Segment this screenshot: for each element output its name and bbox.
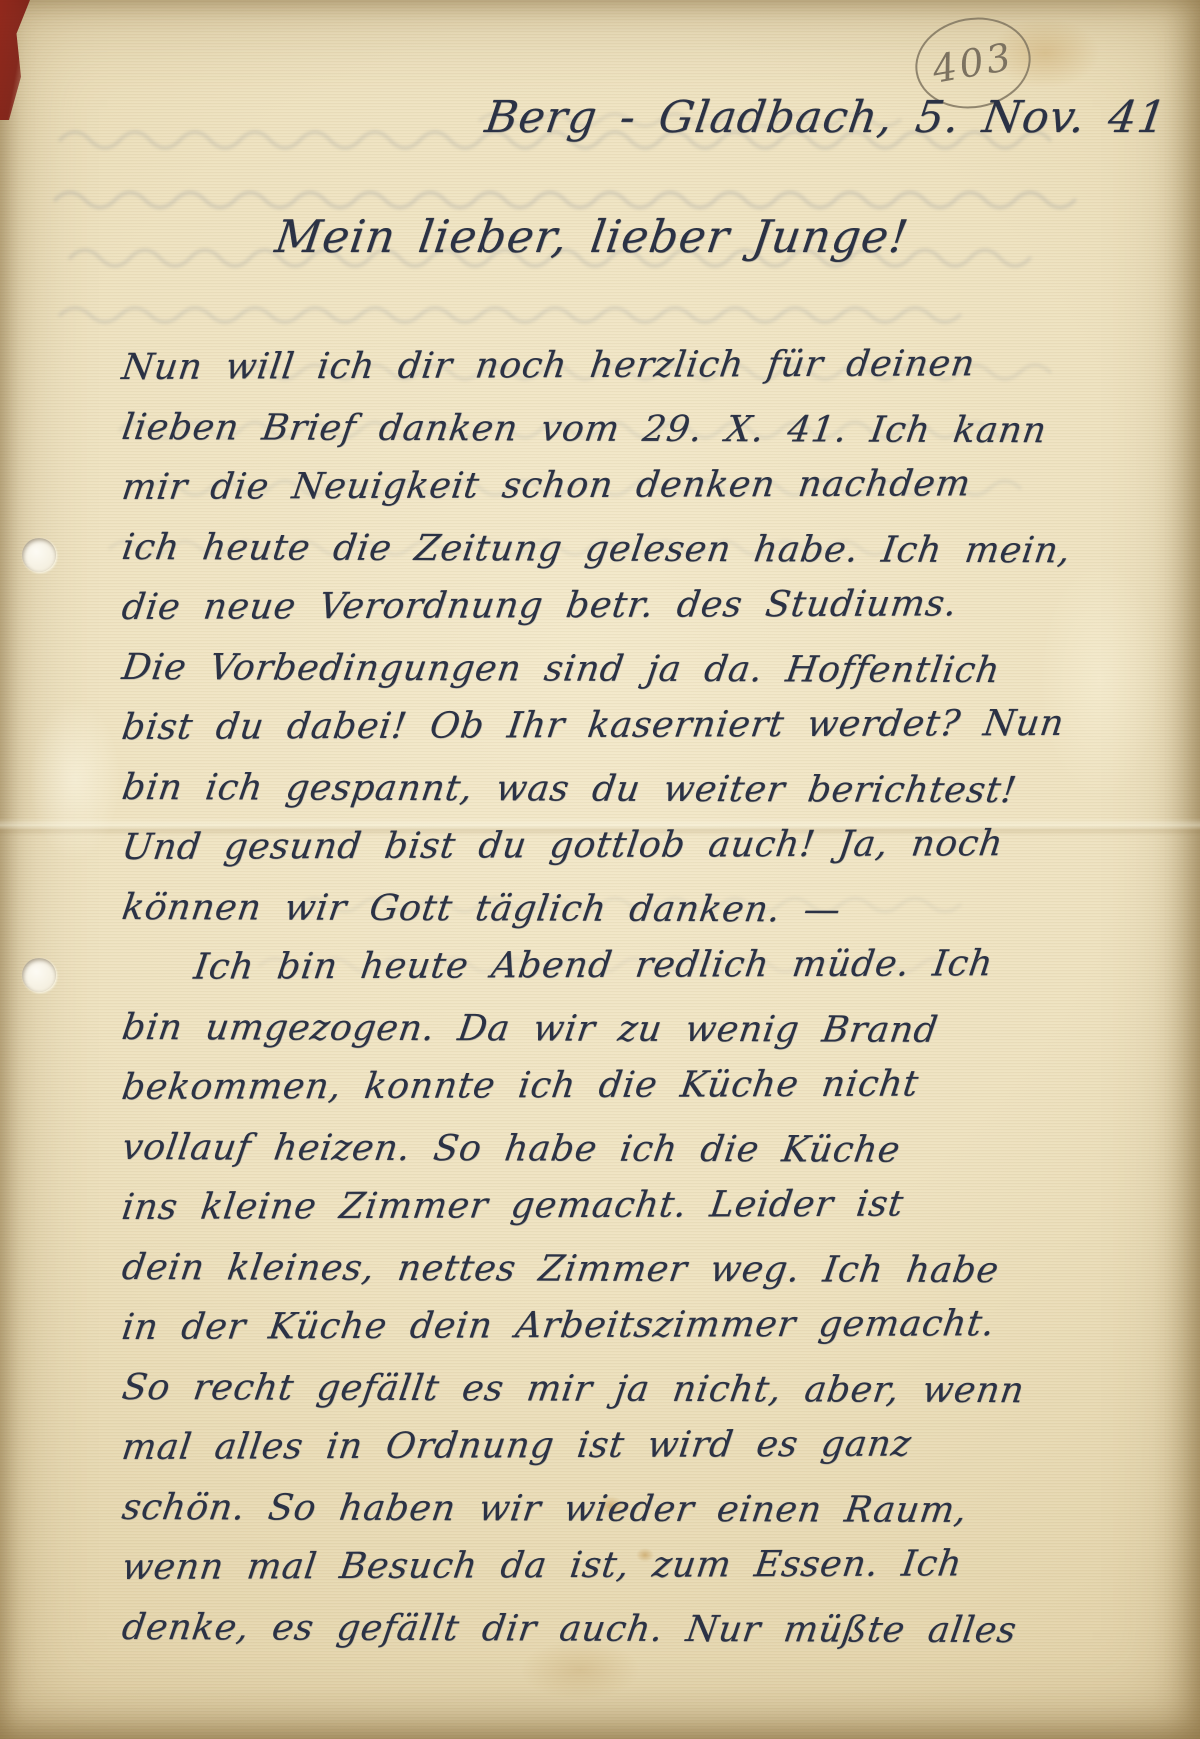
letter-line: schön. So haben wir wieder einen Raum,: [118, 1478, 1126, 1541]
letter-line: bin umgezogen. Da wir zu wenig Brand: [118, 998, 1126, 1061]
letter-line: ins kleine Zimmer gemacht. Leider ist: [118, 1174, 1127, 1238]
letter-page: 403 Berg - Gladbach, 5. Nov. 41 Mein lie…: [0, 0, 1200, 1739]
punch-hole-top: [22, 538, 56, 572]
letter-line: vollauf heizen. So habe ich die Küche: [118, 1118, 1126, 1181]
letter-body: Nun will ich dir noch herzlich für deine…: [118, 338, 1118, 1658]
letter-line: So recht gefällt es mir ja nicht, aber, …: [118, 1358, 1126, 1421]
letter-line: können wir Gott täglich danken. —: [118, 878, 1126, 941]
letter-line: Und gesund bist du gottlob auch! Ja, noc…: [118, 814, 1127, 878]
letter-line: bin ich gespannt, was du weiter berichte…: [118, 758, 1126, 821]
letter-dateline: Berg - Gladbach, 5. Nov. 41: [482, 92, 1170, 143]
letter-line: ich heute die Zeitung gelesen habe. Ich …: [118, 518, 1126, 581]
letter-line: lieben Brief danken vom 29. X. 41. Ich k…: [118, 398, 1126, 461]
letter-line: mal alles in Ordnung ist wird es ganz: [118, 1414, 1127, 1478]
letter-line: dein kleines, nettes Zimmer weg. Ich hab…: [118, 1238, 1126, 1301]
punch-hole-bottom: [22, 958, 56, 992]
page-number-text: 403: [929, 34, 1017, 91]
letter-salutation: Mein lieber, lieber Junge!: [272, 210, 912, 263]
letter-line: bist du dabei! Ob Ihr kaserniert werdet?…: [118, 694, 1127, 758]
letter-line: Die Vorbedingungen sind ja da. Hoffentli…: [118, 638, 1126, 701]
letter-line: in der Küche dein Arbeitszimmer gemacht.: [118, 1294, 1127, 1358]
letter-line: mir die Neuigkeit schon denken nachdem: [118, 454, 1127, 518]
letter-line: bekommen, konnte ich die Küche nicht: [118, 1054, 1127, 1118]
letter-line: denke, es gefällt dir auch. Nur müßte al…: [118, 1598, 1126, 1661]
letter-line: die neue Verordnung betr. des Studiums.: [118, 574, 1127, 638]
letter-line: Nun will ich dir noch herzlich für deine…: [118, 334, 1127, 398]
letter-line: wenn mal Besuch da ist, zum Essen. Ich: [118, 1534, 1127, 1598]
letter-line: Ich bin heute Abend redlich müde. Ich: [118, 934, 1127, 998]
